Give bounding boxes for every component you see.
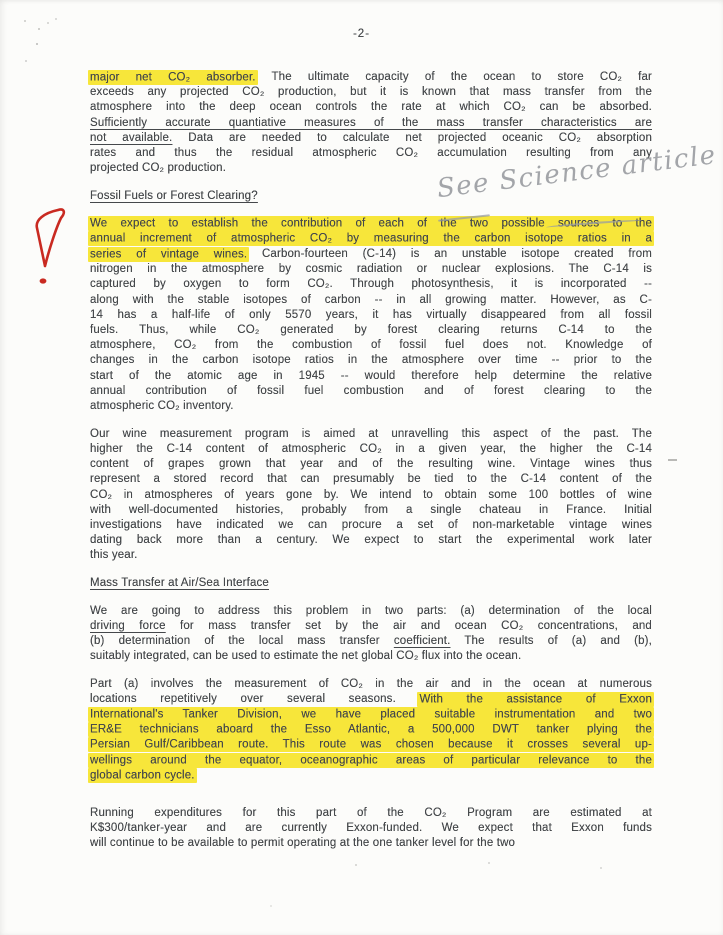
text-line: atmosphere, CO₂ from the combustion of f… [90,338,652,353]
text-line: series of vintage wines. Carbon-fourteen… [90,247,652,262]
text-segment: 14 has a half-life of only 5570 years, i… [90,309,652,321]
section-heading-1: Fossil Fuels or Forest Clearing? [90,189,652,204]
text-segment: higher the C-14 content of atmospheric C… [90,443,652,455]
text-segment: The ultimate capacity of the ocean to st… [256,71,652,83]
text-segment: content of grapes grown that year and of… [90,458,652,470]
text-segment: represent a stored record that can presu… [90,473,652,485]
text-segment: Our wine measurement program is aimed at… [90,428,652,440]
text-segment: Carbon-fourteen (C-14) is an unstable is… [247,248,652,260]
paragraph-3: Our wine measurement program is aimed at… [90,427,652,564]
paragraph-7: Running expenditures for this part of th… [90,806,652,852]
text-line: global carbon cycle. [90,768,652,783]
text-line: exceeds any projected CO₂ production, bu… [90,85,652,100]
text-segment: start of the atomic age in 1945 -- would… [90,370,652,382]
text-segment: (b) determination of the local mass tran… [90,635,394,647]
pencil-dash-artifact [668,459,677,461]
text-segment: this year. [90,549,138,561]
text-segment: Running expenditures for this part of th… [90,807,652,819]
text-segment: investigations have indicated we can pro… [90,519,652,531]
text-segment: locations repetitively over several seas… [90,693,419,705]
text-line: captured by oxygen to form CO₂. Through … [90,277,652,292]
text-segment: K$300/tanker-year and are currently Exxo… [90,822,652,834]
text-line: annual increment of atmospheric CO₂ by m… [90,232,652,247]
section-heading-4: Mass Transfer at Air/Sea Interface [90,576,652,591]
text-line: with well-documented histories, probably… [90,503,652,518]
text-line: investigations have indicated we can pro… [90,518,652,533]
highlighted-text: annual increment of atmospheric CO₂ by m… [88,231,654,246]
text-line: annual contribution of fossil fuel combu… [90,384,652,399]
text-segment: nitrogen in the atmosphere by cosmic rad… [90,263,652,275]
text-segment: The results of (a) and (b), [450,635,652,647]
text-segment: atmosphere, CO₂ from the combustion of f… [90,339,652,351]
text-line: wellings around the equator, oceanograph… [90,753,652,768]
highlighted-text: wellings around the equator, oceanograph… [88,753,654,768]
text-line: atmosphere into the deep ocean controls … [90,100,652,115]
text-line: CO₂ in atmospheres of years gone by. We … [90,488,652,503]
text-segment: Part (a) involves the measurement of CO₂… [90,678,652,690]
text-line: Sufficiently accurate quantiative measur… [90,116,652,131]
text-segment: with well-documented histories, probably… [90,504,652,516]
text-line: locations repetitively over several seas… [90,692,652,707]
paragraph-5: We are going to address this problem in … [90,604,652,665]
text-segment: CO₂ in atmospheres of years gone by. We … [90,489,652,501]
scan-speck-artifacts [0,0,2,2]
text-segment: for mass transfer set by the air and oce… [166,620,652,632]
page-number: -2- [0,28,723,40]
text-line: represent a stored record that can presu… [90,472,652,487]
text-line: dating back more than a century. We expe… [90,533,652,548]
highlighted-text: series of vintage wines. [88,247,249,262]
text-line: We are going to address this problem in … [90,604,652,619]
highlighted-text: major net CO₂ absorber. [88,70,258,85]
text-line: atmospheric CO₂ inventory. [90,399,652,414]
text-line: not available. Data are needed to calcul… [90,131,652,146]
underlined-text: driving force [90,620,166,632]
text-line: fuels. Thus, while CO₂ generated by fore… [90,323,652,338]
text-line: suitably integrated, can be used to esti… [90,649,652,664]
highlighted-text: With the assistance of Exxon [417,692,654,707]
text-line: 14 has a half-life of only 5570 years, i… [90,308,652,323]
text-line: major net CO₂ absorber. The ultimate cap… [90,70,652,85]
text-segment: fuels. Thus, while CO₂ generated by fore… [90,324,652,336]
text-line: will continue to be available to permit … [90,836,652,851]
text-segment: exceeds any projected CO₂ production, bu… [90,86,652,98]
red-exclamation-mark-icon [30,204,74,300]
text-segment: captured by oxygen to form CO₂. Through … [90,278,652,290]
text-segment: will continue to be available to permit … [90,837,515,849]
text-line: higher the C-14 content of atmospheric C… [90,442,652,457]
underlined-text: Sufficiently accurate quantiative measur… [90,117,652,129]
paragraph-6: Part (a) involves the measurement of CO₂… [90,677,652,783]
text-segment: dating back more than a century. We expe… [90,534,652,546]
text-segment: along with the stable isotopes of carbon… [90,294,652,306]
text-segment: annual contribution of fossil fuel combu… [90,385,652,397]
text-line: Persian Gulf/Caribbean route. This route… [90,738,652,753]
text-segment: projected CO₂ production. [90,162,226,174]
highlighted-text: Persian Gulf/Caribbean route. This route… [88,737,654,752]
highlighted-text: ER&E technicians aboard the Esso Atlanti… [88,722,654,737]
text-line: K$300/tanker-year and are currently Exxo… [90,821,652,836]
text-line: International's Tanker Division, we have… [90,708,652,723]
text-segment: Data are needed to calculate net project… [172,132,652,144]
text-segment: suitably integrated, can be used to esti… [90,650,521,662]
text-segment: atmospheric CO₂ inventory. [90,400,234,412]
text-line: Part (a) involves the measurement of CO₂… [90,677,652,692]
text-line: along with the stable isotopes of carbon… [90,293,652,308]
text-line: nitrogen in the atmosphere by cosmic rad… [90,262,652,277]
paragraph-2: We expect to establish the contribution … [90,217,652,415]
text-line: Our wine measurement program is aimed at… [90,427,652,442]
text-line: content of grapes grown that year and of… [90,457,652,472]
scanned-memo-page: -2- major net CO₂ absorber. The ultimate… [0,0,723,935]
underlined-text: not available. [90,132,172,144]
document-body: major net CO₂ absorber. The ultimate cap… [90,70,652,864]
text-line: ER&E technicians aboard the Esso Atlanti… [90,723,652,738]
text-line: this year. [90,548,652,563]
text-segment: atmosphere into the deep ocean controls … [90,101,652,113]
text-line: driving force for mass transfer set by t… [90,619,652,634]
text-segment: changes in the carbon isotope ratios in … [90,354,652,366]
text-segment: We are going to address this problem in … [90,605,652,617]
underlined-text: coefficient. [394,635,451,647]
highlighted-text: International's Tanker Division, we have… [88,707,654,722]
text-line: changes in the carbon isotope ratios in … [90,353,652,368]
highlighted-text: global carbon cycle. [88,768,197,783]
text-line: (b) determination of the local mass tran… [90,634,652,649]
text-line: Running expenditures for this part of th… [90,806,652,821]
text-line: start of the atomic age in 1945 -- would… [90,369,652,384]
